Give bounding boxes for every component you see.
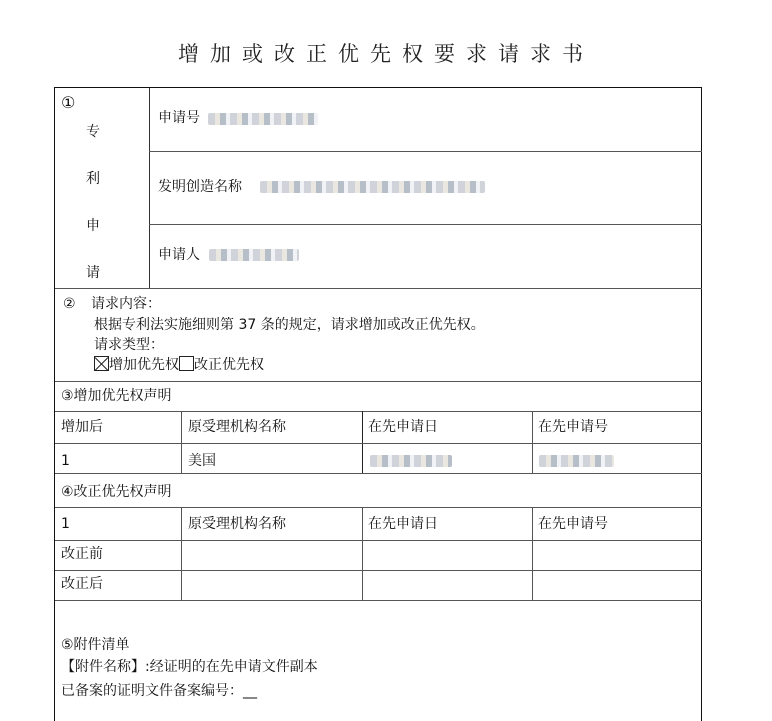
table-header: 增加后 xyxy=(61,418,103,436)
section2-heading: 请求内容： xyxy=(91,295,161,313)
divider xyxy=(55,507,702,508)
add-priority-label: 增加优先权 xyxy=(109,357,179,373)
side-label-char: 利 xyxy=(86,170,100,188)
section1-marker: ① xyxy=(61,94,75,112)
application-number-label: 申请号 xyxy=(158,109,200,127)
divider xyxy=(532,507,533,600)
divider xyxy=(55,381,702,382)
request-type-label: 请求类型： xyxy=(94,336,164,354)
request-type-options: 增加优先权改正优先权 xyxy=(94,356,264,374)
invention-name-label: 发明创造名称 xyxy=(158,178,242,196)
attachment-name: 【附件名称】:经证明的在先申请文件副本 xyxy=(61,658,318,676)
section2-body: 根据专利法实施细则第 37 条的规定，请求增加或改正优先权。 xyxy=(94,316,485,334)
divider xyxy=(362,411,363,473)
divider xyxy=(532,411,533,473)
table-row-label: 改正后 xyxy=(61,575,103,593)
document-title: 增加或改正优先权要求请求书 xyxy=(0,38,772,68)
filing-number-row: 已备案的证明文件备案编号：__ xyxy=(61,682,257,700)
section3-heading: ③增加优先权声明 xyxy=(61,387,172,405)
prior-application-date xyxy=(370,455,452,467)
correct-priority-label: 改正优先权 xyxy=(194,357,264,373)
filing-number-value: __ xyxy=(243,683,257,699)
divider xyxy=(149,224,702,225)
table-cell: 美国 xyxy=(188,452,216,470)
side-label-char: 专 xyxy=(86,123,100,141)
add-priority-checkbox[interactable] xyxy=(94,356,109,371)
correct-priority-checkbox[interactable] xyxy=(179,356,194,371)
divider xyxy=(55,288,702,289)
filing-number-label: 已备案的证明文件备案编号： xyxy=(61,683,243,699)
divider xyxy=(55,411,702,412)
section4-heading: ④改正优先权声明 xyxy=(61,483,172,501)
application-number-value xyxy=(208,113,318,125)
table-header: 在先申请号 xyxy=(538,515,608,533)
divider xyxy=(362,507,363,600)
table-header: 在先申请日 xyxy=(368,418,438,436)
section5-heading: ⑤附件清单 xyxy=(61,636,130,654)
divider xyxy=(55,473,702,474)
table-header: 在先申请号 xyxy=(538,418,608,436)
divider xyxy=(149,151,702,152)
applicant-label: 申请人 xyxy=(158,246,200,264)
section2-marker: ② xyxy=(63,295,76,313)
divider xyxy=(181,507,182,600)
table-header: 在先申请日 xyxy=(368,515,438,533)
divider xyxy=(55,443,702,444)
side-label-char: 申 xyxy=(86,217,100,235)
prior-application-number xyxy=(539,455,614,467)
table-header: 原受理机构名称 xyxy=(188,515,286,533)
divider xyxy=(181,411,182,473)
divider xyxy=(55,540,702,541)
request-form-table: ① 专 利 申 请 申请号 发明创造名称 申请人 ② 请求内容： 根据专利法实施… xyxy=(54,87,702,721)
table-cell: 1 xyxy=(61,452,70,470)
applicant-value xyxy=(209,249,299,261)
invention-name-value xyxy=(260,181,485,193)
table-header: 原受理机构名称 xyxy=(188,418,286,436)
table-row-label: 改正前 xyxy=(61,545,103,563)
divider xyxy=(55,570,702,571)
table-header: 1 xyxy=(61,515,70,533)
divider xyxy=(149,88,150,288)
side-label-char: 请 xyxy=(86,264,100,282)
divider xyxy=(55,600,702,601)
